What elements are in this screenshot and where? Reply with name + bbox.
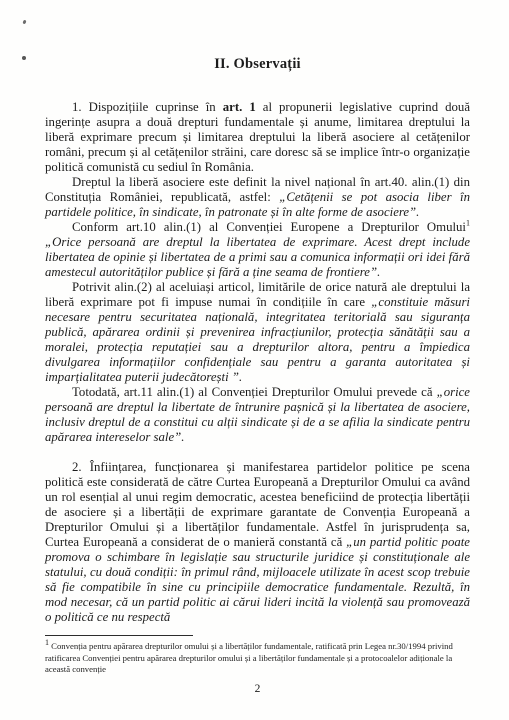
footnote: 1 Convenția pentru apărarea drepturilor …: [45, 641, 470, 676]
paragraph-text: 1. Dispozițiile cuprinse în: [72, 100, 223, 114]
paragraph-3: Conform art.10 alin.(1) al Convenției Eu…: [45, 220, 470, 280]
paragraph-5: Totodată, art.11 alin.(1) al Convenției …: [45, 385, 470, 445]
paragraph-text: Totodată, art.11 alin.(1) al Convenției …: [72, 385, 437, 399]
paragraph-6: 2. Înființarea, funcționarea și manifest…: [45, 460, 470, 625]
paragraph-1: 1. Dispozițiile cuprinse în art. 1 al pr…: [45, 100, 470, 175]
bold-article-reference: art. 1: [223, 100, 256, 114]
scan-speck-left: [22, 56, 26, 60]
paragraph-4: Potrivit alin.(2) al aceluiași articol, …: [45, 280, 470, 385]
scan-speck-top: [22, 20, 26, 25]
footnote-text: Convenția pentru apărarea drepturilor om…: [45, 641, 453, 674]
footnote-divider: [45, 635, 193, 636]
section-title: II. Observații: [45, 56, 470, 73]
paragraph-2: Dreptul la liberă asociere este definit …: [45, 175, 470, 220]
document-page: II. Observații 1. Dispozițiile cuprinse …: [0, 0, 509, 720]
paragraph-text: Conform art.10 alin.(1) al Convenției Eu…: [72, 220, 466, 234]
quoted-convention-text: „Orice persoană are dreptul la libertate…: [45, 235, 470, 279]
page-number: 2: [45, 683, 470, 695]
footnote-block: 1 Convenția pentru apărarea drepturilor …: [45, 635, 470, 676]
footnote-reference-mark: 1: [466, 219, 470, 228]
